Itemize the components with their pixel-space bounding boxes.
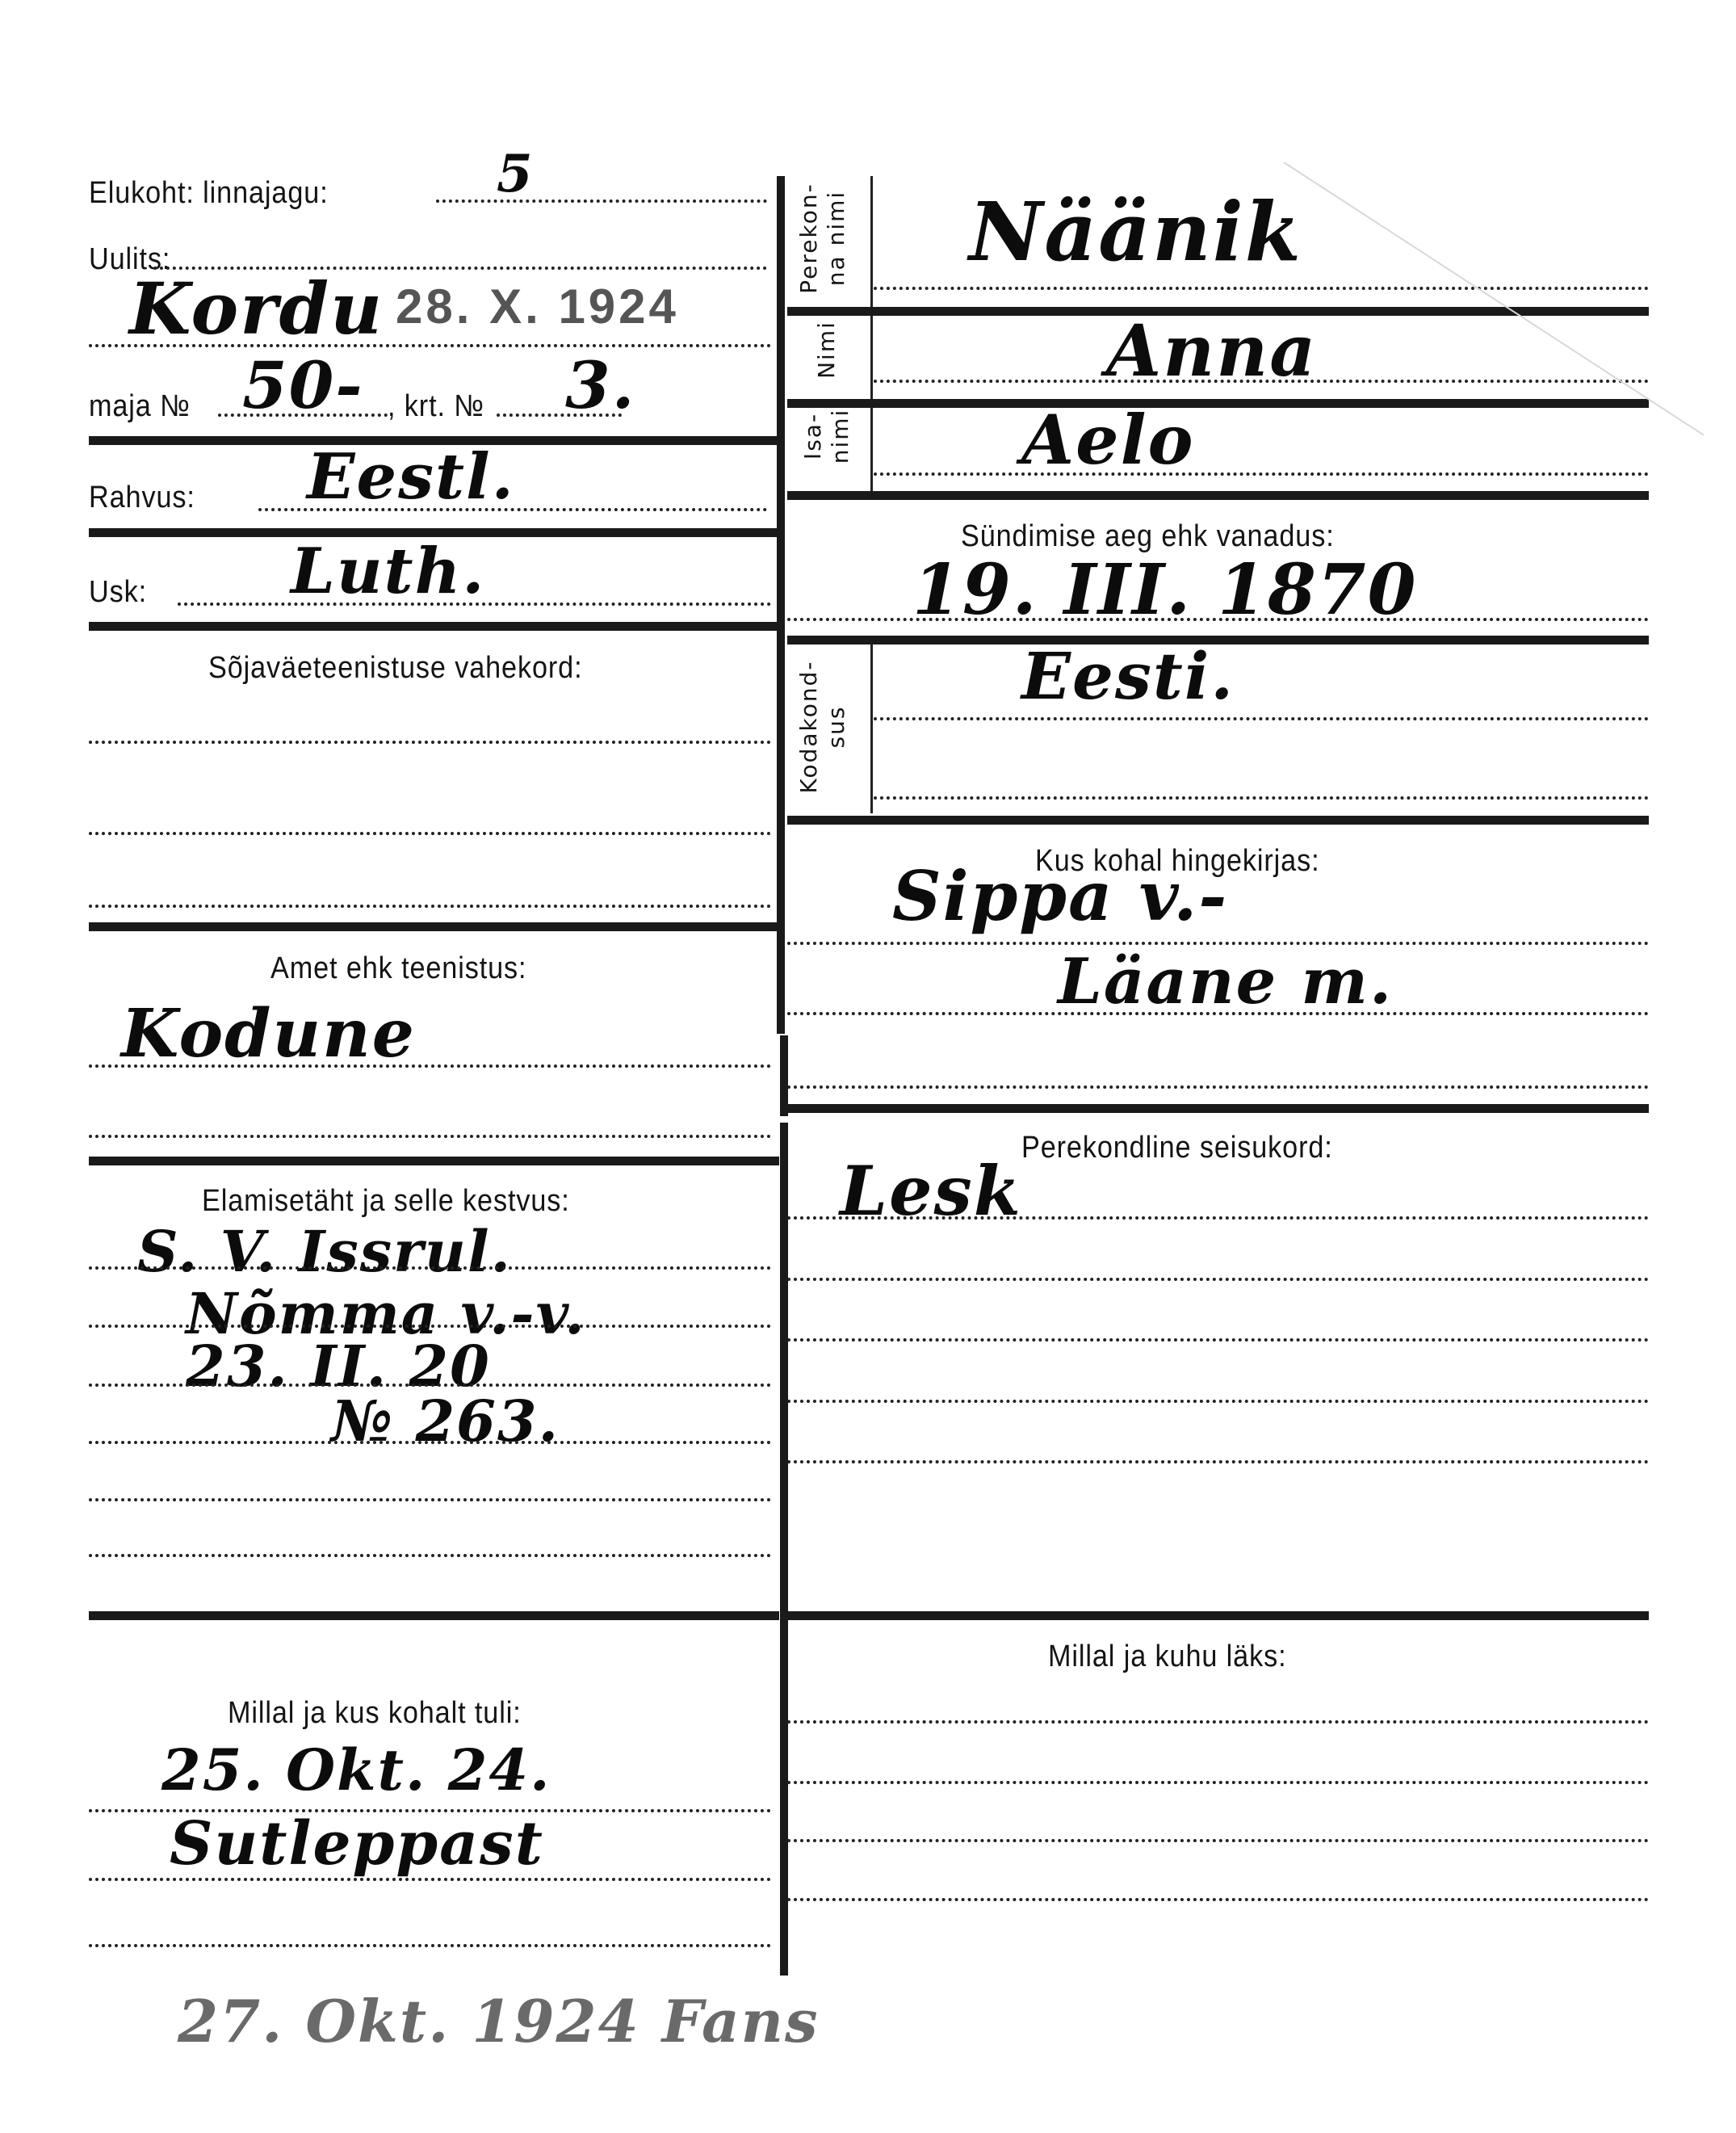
divider [787, 1104, 1649, 1113]
millal-tuli-value-1[interactable]: 25. Okt. 24. [161, 1736, 551, 1803]
millal-laks-label: Millal ja kuhu läks: [1048, 1640, 1287, 1674]
kodakondsus-label: Kodakond- sus [795, 646, 850, 808]
perekondline-line-2 [787, 1278, 1649, 1281]
perekondline-line-3 [787, 1338, 1649, 1342]
amet-line-1 [89, 1064, 771, 1068]
paper-crease [1283, 162, 1704, 435]
divider [89, 1611, 779, 1620]
elamisetaht-line-6 [89, 1554, 771, 1557]
millal-laks-line-4 [787, 1898, 1649, 1901]
divider [787, 816, 1649, 825]
divider [787, 1611, 1649, 1620]
received-date-stamp: 28. X. 1924 [396, 279, 679, 334]
millal-tuli-value-2[interactable]: Sutleppast [170, 1809, 544, 1879]
elukoht-line [436, 199, 767, 203]
departure-stamp: 27. Okt. 1924 Fans [178, 1987, 820, 2055]
sojavae-line-1 [89, 741, 771, 744]
divider [787, 399, 1649, 408]
perekonnanimi-value[interactable]: Näänik [969, 184, 1302, 279]
elamisetaht-line-5 [89, 1498, 771, 1501]
amet-line-2 [89, 1135, 771, 1138]
sundimise-line [787, 618, 1649, 621]
hingekirjas-value-2[interactable]: Läane m. [1058, 945, 1393, 1018]
perekondline-line-4 [787, 1400, 1649, 1403]
millal-tuli-line-2 [89, 1878, 771, 1881]
elamisetaht-line-2 [89, 1325, 771, 1328]
usk-label: Usk: [89, 575, 147, 610]
divider [89, 922, 779, 931]
amet-label: Amet ehk teenistus: [270, 951, 526, 986]
elukoht-value[interactable]: 5 [497, 144, 535, 204]
isanimi-label: Isa- nimi [799, 400, 854, 472]
elamisetaht-line-3 [89, 1384, 771, 1387]
divider [787, 491, 1649, 500]
kodakondsus-line-1 [874, 717, 1649, 720]
perekonnanimi-label: Perekon- na nimi [795, 178, 850, 299]
isanimi-line [874, 472, 1649, 476]
isanimi-value[interactable]: Aelo [1021, 400, 1195, 480]
millal-laks-line-3 [787, 1839, 1649, 1842]
perekondline-line-5 [787, 1460, 1649, 1463]
label-separator [870, 644, 873, 813]
krt-value[interactable]: 3. [565, 347, 636, 423]
elamisetaht-value-4[interactable]: № 263. [331, 1388, 560, 1455]
perekonnanimi-line [874, 287, 1649, 290]
maja-label: maja № [89, 389, 191, 424]
sojavae-line-3 [89, 905, 771, 908]
elamisetaht-line-4 [89, 1441, 771, 1444]
nimi-label: Nimi [813, 313, 841, 386]
millal-laks-line-2 [787, 1781, 1649, 1784]
sojavae-label: Sõjaväeteenistuse vahekord: [208, 651, 583, 686]
hingekirjas-line-3 [787, 1085, 1649, 1089]
uulits-value[interactable]: Kordu [129, 267, 384, 351]
krt-label: , krt. № [388, 389, 484, 424]
maja-value[interactable]: 50- [242, 347, 364, 423]
label-separator [870, 176, 873, 491]
amet-value[interactable]: Kodune [121, 995, 416, 1073]
perekondline-line-1 [787, 1216, 1649, 1220]
usk-value[interactable]: Luth. [291, 535, 485, 608]
elamisetaht-label: Elamisetäht ja selle kestvus: [202, 1184, 570, 1219]
rahvus-value[interactable]: Eestl. [307, 440, 515, 514]
center-divider [777, 176, 785, 1034]
center-divider [780, 1123, 788, 1976]
elamisetaht-line-1 [89, 1266, 771, 1270]
uulits-line-2 [89, 344, 771, 347]
kodakondsus-line-2 [874, 796, 1649, 800]
elamisetaht-value-1[interactable]: S. V. Issrul. [137, 1218, 512, 1285]
perekondline-label: Perekondline seisukord: [1021, 1131, 1333, 1165]
millal-tuli-line-3 [89, 1944, 771, 1947]
millal-tuli-label: Millal ja kus kohalt tuli: [228, 1696, 522, 1731]
sojavae-line-2 [89, 832, 771, 835]
hingekirjas-value-1[interactable]: Sippa v.- [892, 856, 1228, 936]
divider [89, 1157, 779, 1165]
divider [89, 622, 779, 631]
hingekirjas-line-2 [787, 1012, 1649, 1015]
kodakondsus-value[interactable]: Eesti. [1021, 638, 1235, 714]
elukoht-label: Elukoht: linnajagu: [89, 176, 329, 211]
rahvus-label: Rahvus: [89, 481, 195, 515]
millal-laks-line-1 [787, 1720, 1649, 1724]
nimi-line [874, 380, 1649, 383]
